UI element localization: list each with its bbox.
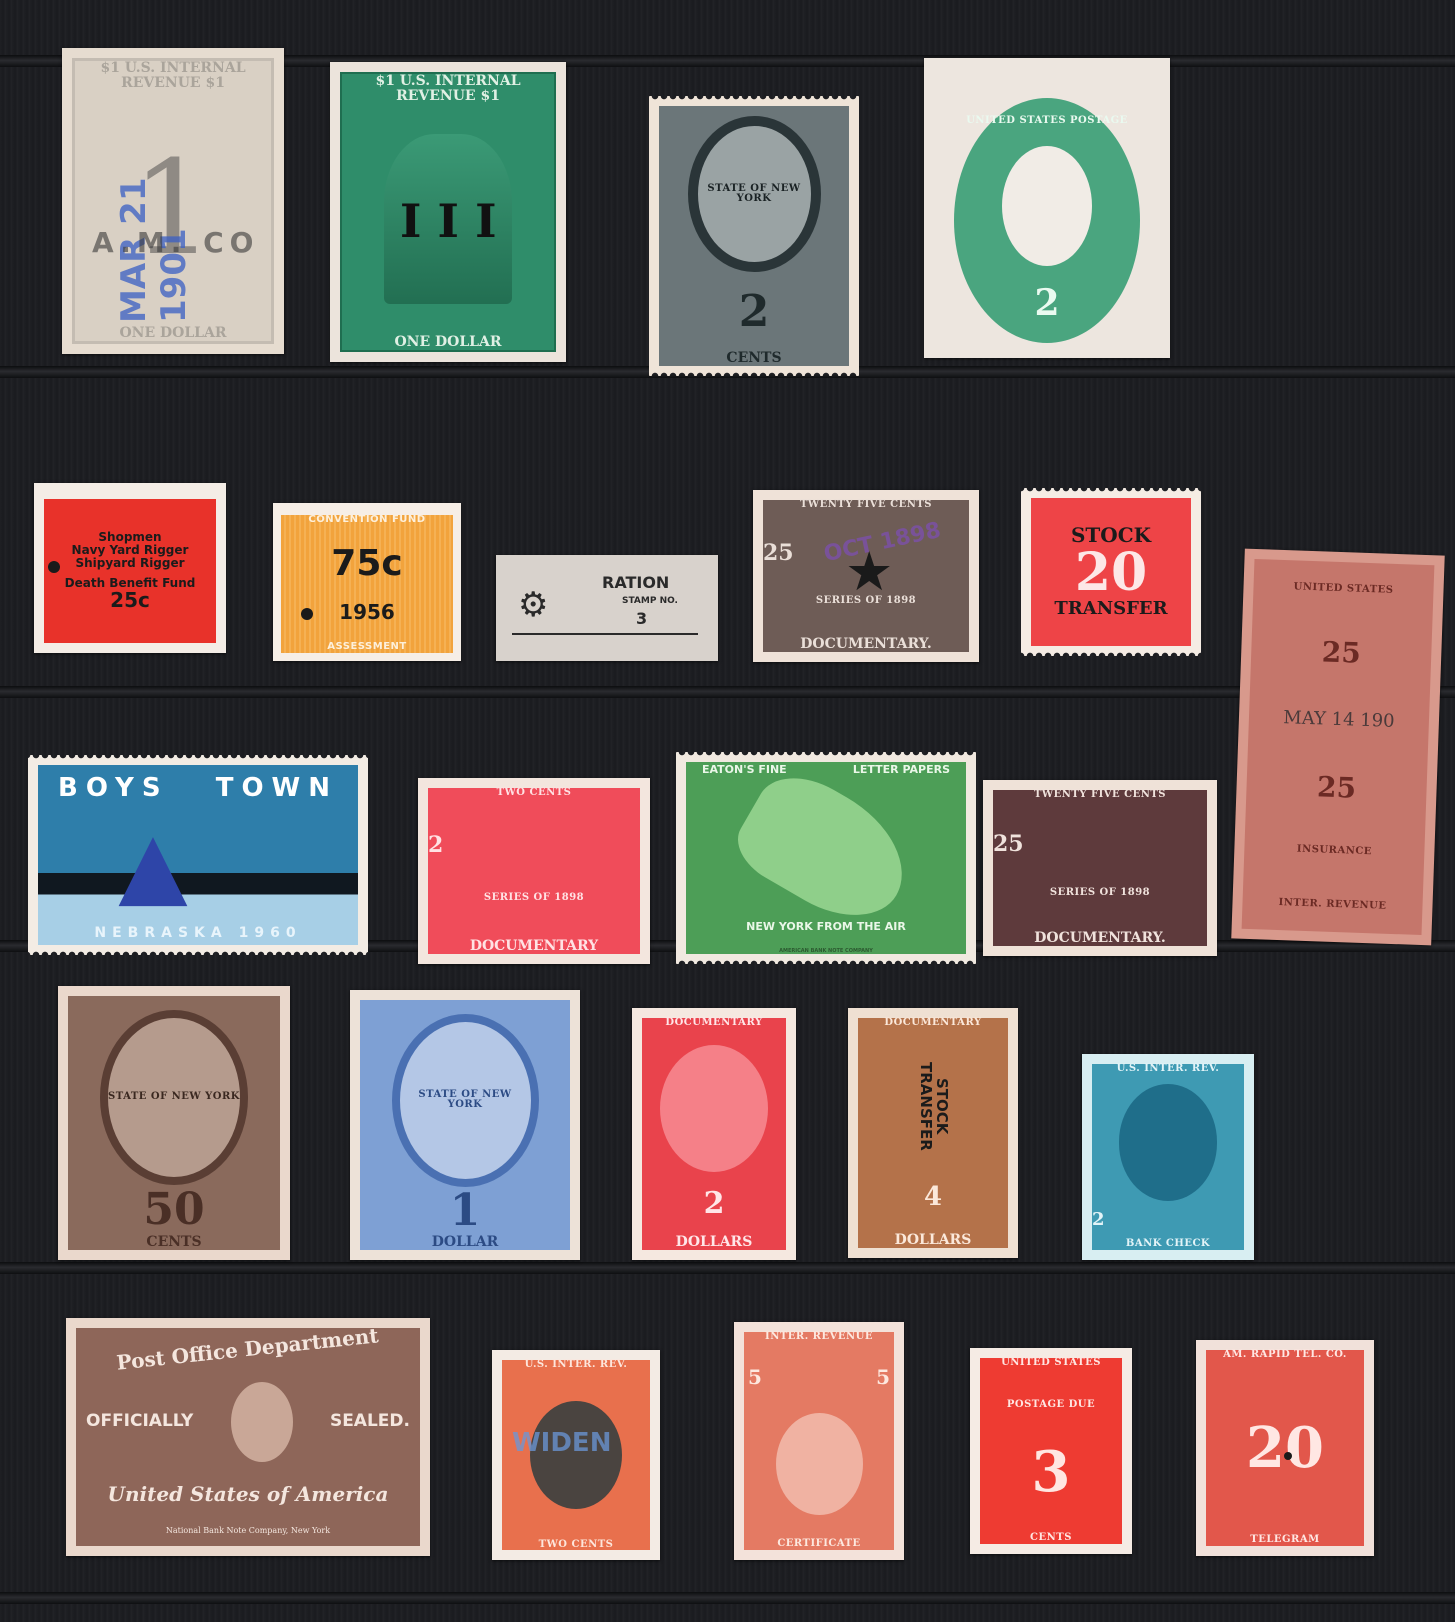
map-illustration <box>726 759 926 938</box>
stamp-bottom-text: United States of America <box>108 1484 389 1505</box>
stamp-top-text: INTER. REVENUE <box>765 1332 873 1343</box>
stamp-bottom-text: BANK CHECK <box>1126 1239 1210 1250</box>
stamp-us-stock-transfer-4-dollars[interactable]: DOCUMENTARY STOCK TRANSFER 4 DOLLARS <box>848 1008 1018 1258</box>
stamp-ration-stamp-3[interactable]: ⚙ RATION STAMP NO. 3 <box>496 555 718 661</box>
stamp-bottom-text: DOCUMENTARY. <box>1034 931 1165 946</box>
stamp-bottom-text: ONE DOLLAR <box>394 335 501 350</box>
stamp-value: 2 <box>704 1188 725 1220</box>
stamp-line: Navy Yard Rigger <box>72 544 189 557</box>
stamp-bottom-text: CERTIFICATE <box>777 1539 860 1550</box>
seal-title-left: BOYS <box>58 775 169 802</box>
stamp-value: 2 <box>428 834 443 857</box>
stock-strip <box>0 1592 1455 1604</box>
stamp-post-office-department-officially-sealed[interactable]: Post Office Department OFFICIALLY SEALED… <box>66 1318 430 1556</box>
stamp-value: 2 <box>1092 1211 1105 1230</box>
stamp-bottom-text: DOLLAR <box>432 1235 499 1250</box>
stamp-american-rapid-telegraph-20[interactable]: AM. RAPID TEL. CO. 20 TELEGRAM <box>1196 1340 1374 1556</box>
stamp-ny-stock-transfer-50-cents[interactable]: STATE OF NEW YORK 50 CENTS <box>58 986 290 1260</box>
stamp-us-bank-check-2-cents-blue[interactable]: U.S. INTER. REV. 2 BANK CHECK <box>1082 1054 1254 1260</box>
stamp-ny-stock-transfer-2-cents[interactable]: STATE OF NEW YORK 2 CENTS <box>649 96 859 376</box>
stamp-us-documentary-25-cents-1898-brown[interactable]: TWENTY FIVE CENTS 25 SERIES OF 1898 DOCU… <box>753 490 979 662</box>
washington-portrait <box>776 1413 863 1515</box>
stamp-boys-town-nebraska-1960-seal[interactable]: BOYS TOWN ▲ NEBRASKA 1960 <box>28 755 368 955</box>
ration-number: 3 <box>636 611 647 628</box>
label-right: SEALED. <box>330 1413 410 1431</box>
cancel-mark: MAY 14 190 <box>1283 709 1395 732</box>
stamp-top-text: DOCUMENTARY <box>884 1018 981 1029</box>
stamp-convention-fund-assessment-75c[interactable]: CONVENTION FUND 75c 1956 ASSESSMENT <box>273 503 461 661</box>
stamp-top-text: UNITED STATES POSTAGE <box>966 116 1128 127</box>
stamp-eatons-new-york-from-the-air[interactable]: EATON'S FINE LETTER PAPERS NEW YORK FROM… <box>676 752 976 964</box>
label-top-left: EATON'S FINE <box>702 764 787 776</box>
stamp-top-text: U.S. INTER. REV. <box>1117 1064 1220 1075</box>
stamp-us-documentary-25-cents-1898-maroon[interactable]: TWENTY FIVE CENTS 25 SERIES OF 1898 DOCU… <box>983 780 1217 956</box>
seal-bottom-text: NEBRASKA 1960 <box>94 926 301 945</box>
stamp-top-text: CONVENTION FUND <box>308 515 425 526</box>
overprint: STOCK TRANSFER <box>917 1051 949 1161</box>
stamp-value: 25c <box>110 590 150 611</box>
stamp-top-text: UNITED STATES <box>1293 582 1393 596</box>
stamp-bottom-text: CENTS <box>1030 1533 1072 1544</box>
stamp-bottom-text: DOCUMENTARY. <box>800 637 931 652</box>
stamp-top-text: TWENTY FIVE CENTS <box>1034 790 1166 801</box>
stamp-value: 20 <box>1246 1419 1324 1478</box>
punch-hole <box>48 561 60 573</box>
stamp-top-text: AM. RAPID TEL. CO. <box>1223 1350 1347 1361</box>
stamp-bottom-text: CENTS <box>146 1235 201 1250</box>
stamp-death-benefit-fund-25c[interactable]: Shopmen Navy Yard Rigger Shipyard Rigger… <box>34 483 226 653</box>
stamp-top-text: TWENTY FIVE CENTS <box>800 500 932 511</box>
stamp-bottom-text: DOLLARS <box>895 1233 972 1248</box>
label-imprint: AMERICAN BANK NOTE COMPANY <box>779 949 873 954</box>
portrait <box>231 1382 293 1462</box>
stamp-value: 5 <box>876 1367 890 1388</box>
stamp-value: 25 <box>1321 637 1361 668</box>
stamp-bottom-text: TRANSFER <box>1054 600 1167 619</box>
stamp-top-text: U.S. INTER. REV. <box>525 1360 628 1371</box>
stamp-imprint: National Bank Note Company, New York <box>166 1527 330 1535</box>
stamp-us-documentary-1-dollar-green[interactable]: $1 U.S. INTERNAL REVENUE $1 I I I ONE DO… <box>330 62 566 362</box>
stamp-line: Shipyard Rigger <box>75 557 184 570</box>
stamp-year: 1956 <box>339 602 395 623</box>
stamp-top-text: STATE OF NEW YORK <box>698 184 811 205</box>
stamp-top-text: STATE OF NEW YORK <box>400 1090 531 1111</box>
stamp-us-insurance-25-cents[interactable]: UNITED STATES 25 MAY 14 190 25 INSURANCE… <box>1231 549 1444 946</box>
stamp-us-postage-due-3-cents[interactable]: UNITED STATES POSTAGE DUE 3 CENTS <box>970 1348 1132 1554</box>
stamp-value: 50 <box>143 1187 204 1233</box>
label-left: OFFICIALLY <box>86 1413 193 1431</box>
stock-strip <box>0 1262 1455 1274</box>
stamp-us-documentary-1-dollar-gray[interactable]: $1 U.S. INTERNAL REVENUE $1 1 ONE DOLLAR… <box>62 48 284 354</box>
stamp-bottom-text: CENTS <box>726 351 781 366</box>
stamp-top-text: Post Office Department <box>116 1325 380 1373</box>
stamp-value: 4 <box>924 1184 942 1211</box>
stamp-top-text: STATE OF NEW YORK <box>108 1092 240 1103</box>
label-bottom: NEW YORK FROM THE AIR <box>746 921 906 933</box>
stamp-series: SERIES OF 1898 <box>484 893 584 904</box>
stamp-bottom-text: INTER. REVENUE <box>1278 898 1386 912</box>
star-punch: ★ <box>845 540 893 603</box>
perfin: A.M. CO <box>92 226 259 259</box>
stamp-value: 5 <box>748 1367 762 1388</box>
cannon-icon: ⚙ <box>518 585 548 625</box>
stamp-bottom-text: DOLLARS <box>676 1235 753 1250</box>
stamp-middle-text: POSTAGE DUE <box>1007 1400 1095 1411</box>
stamp-value: 2 <box>1034 285 1059 323</box>
stamp-bottom-text: ASSESSMENT <box>327 642 406 653</box>
ration-subtitle: STAMP NO. <box>622 597 678 606</box>
punch-hole <box>1284 1452 1292 1460</box>
stamp-top-text: TWO CENTS <box>497 788 572 799</box>
stamp-value: 3 <box>1032 1443 1071 1502</box>
stamp-bottom-text: DOCUMENTARY <box>470 939 598 954</box>
stamp-label: INSURANCE <box>1297 844 1372 857</box>
punch-hole <box>301 608 313 620</box>
stamp-value: 75c <box>331 545 402 583</box>
stock-page: $1 U.S. INTERNAL REVENUE $1 1 ONE DOLLAR… <box>0 0 1455 1622</box>
stamp-us-documentary-2-dollars[interactable]: DOCUMENTARY 2 DOLLARS <box>632 1008 796 1260</box>
stamp-bottom-text: TWO CENTS <box>539 1540 614 1551</box>
stamp-value: 2 <box>739 289 770 335</box>
seal-title-right: TOWN <box>216 775 338 802</box>
stamp-value: 25 <box>1317 772 1357 803</box>
stamp-us-internal-revenue-2-cents-washington[interactable]: U.S. INTER. REV. TWO CENTS WIDEN <box>492 1350 660 1560</box>
stamp-bottom-text: TELEGRAM <box>1250 1535 1319 1546</box>
stamp-value: 1 <box>450 1188 481 1234</box>
stamp-us-stock-transfer-20-red[interactable]: STOCK 20 TRANSFER <box>1021 488 1201 656</box>
label-top-right: LETTER PAPERS <box>853 764 950 776</box>
stamp-us-certificate-5-cents[interactable]: INTER. REVENUE 5 5 CERTIFICATE <box>734 1322 904 1560</box>
stamp-value: 25 <box>993 833 1024 856</box>
stamp-us-postage-envelope-cut-2-cents[interactable]: UNITED STATES POSTAGE 2 <box>924 58 1170 358</box>
stamp-top-text: UNITED STATES <box>1001 1358 1101 1369</box>
cancel-mark: WIDEN <box>512 1428 611 1458</box>
ration-title: RATION <box>602 575 669 592</box>
stamp-us-documentary-2-cents-1898-red[interactable]: TWO CENTS 2 SERIES OF 1898 DOCUMENTARY <box>418 778 650 964</box>
stamp-top-text: DOCUMENTARY <box>665 1018 762 1029</box>
stock-strip <box>0 686 1455 698</box>
stamp-ny-stock-transfer-1-dollar-blue[interactable]: STATE OF NEW YORK 1 DOLLAR <box>350 990 580 1260</box>
stamp-series: SERIES OF 1898 <box>1050 888 1150 899</box>
stamp-top-text: $1 U.S. INTERNAL REVENUE $1 <box>75 61 271 90</box>
stamp-value: 25 <box>763 542 794 565</box>
stamp-top-text: $1 U.S. INTERNAL REVENUE $1 <box>342 74 554 103</box>
christmas-tree-icon: ▲ <box>118 824 187 905</box>
stamp-value: 20 <box>1075 546 1147 601</box>
overprint: I I I <box>400 195 497 243</box>
stamp-bottom-text: ONE DOLLAR <box>119 326 226 341</box>
